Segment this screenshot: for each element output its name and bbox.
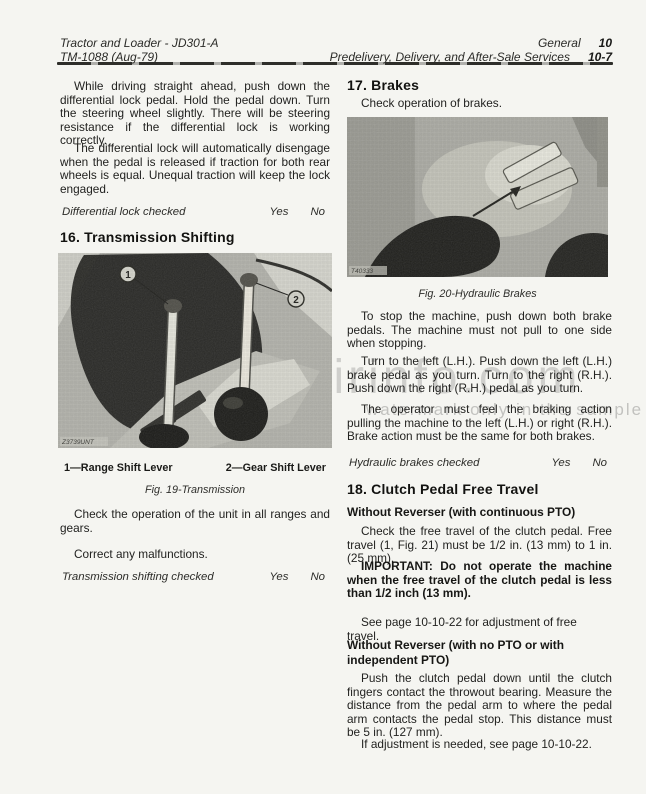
checklist-hydraulic-brakes: Hydraulic brakes checked Yes No (349, 457, 607, 469)
figure-19-legend: 1—Range Shift Lever 2—Gear Shift Lever (64, 462, 326, 474)
checklist-no: No (310, 571, 325, 583)
brakes-photo-illustration: T40333 (347, 117, 608, 277)
checklist-yes: Yes (269, 571, 288, 583)
figure-20-brakes-photo: T40333 (347, 117, 608, 277)
checklist-no: No (310, 206, 325, 218)
figure-19-transmission-photo: 1 2 Z3739UNT (58, 253, 332, 448)
paragraph-differential-lock-1: While driving straight ahead, push down … (60, 80, 330, 148)
checklist-label: Hydraulic brakes checked (349, 457, 479, 469)
paragraph-stop-machine: To stop the machine, push down both brak… (347, 310, 612, 351)
paragraph-check-brakes: Check operation of brakes. (347, 97, 612, 111)
checklist-differential-lock: Differential lock checked Yes No (62, 206, 325, 218)
header-section: General10 (330, 36, 612, 50)
paragraph-clutch-pedal-measure: Push the clutch pedal down until the clu… (347, 672, 612, 740)
legend-item-2: 2—Gear Shift Lever (226, 462, 326, 474)
section-18-heading: 18. Clutch Pedal Free Travel (347, 481, 539, 497)
checklist-label: Transmission shifting checked (62, 571, 214, 583)
transmission-photo-illustration: 1 2 Z3739UNT (58, 253, 332, 448)
paragraph-check-unit: Check the operation of the unit in all r… (60, 508, 330, 535)
header-title: Tractor and Loader - JD301-A (60, 36, 219, 50)
legend-item-1: 1—Range Shift Lever (64, 462, 173, 474)
paragraph-correct-malfunctions: Correct any malfunctions. (60, 548, 330, 562)
checklist-no: No (592, 457, 607, 469)
checklist-transmission-shifting: Transmission shifting checked Yes No (62, 571, 325, 583)
checklist-yes: Yes (551, 457, 570, 469)
figure-19-caption: Fig. 19-Transmission (58, 484, 332, 496)
paragraph-if-adjustment-needed: If adjustment is needed, see page 10-10-… (347, 738, 612, 752)
checklist-label: Differential lock checked (62, 206, 185, 218)
important-note: IMPORTANT: Do not operate the machine wh… (347, 560, 612, 601)
header-section-number: 10 (599, 36, 612, 50)
paragraph-turn-left-right: Turn to the left (L.H.). Push down the l… (347, 355, 612, 396)
header-section-label: General (538, 36, 581, 50)
subheading-no-pto: Without Reverser (with no PTO or with in… (347, 638, 612, 668)
subheading-with-continuous-pto: Without Reverser (with continuous PTO) (347, 505, 612, 520)
section-16-heading: 16. Transmission Shifting (60, 229, 235, 245)
paragraph-braking-action: The operator must feel the braking actio… (347, 403, 612, 444)
paragraph-differential-lock-2: The differential lock will automatically… (60, 142, 330, 196)
manual-page: Tractor and Loader - JD301-A TM-1088 (Au… (0, 0, 646, 794)
figure-20-caption: Fig. 20-Hydraulic Brakes (347, 288, 608, 300)
header-rule (57, 62, 613, 65)
checklist-yes: Yes (269, 206, 288, 218)
section-17-heading: 17. Brakes (347, 77, 419, 93)
